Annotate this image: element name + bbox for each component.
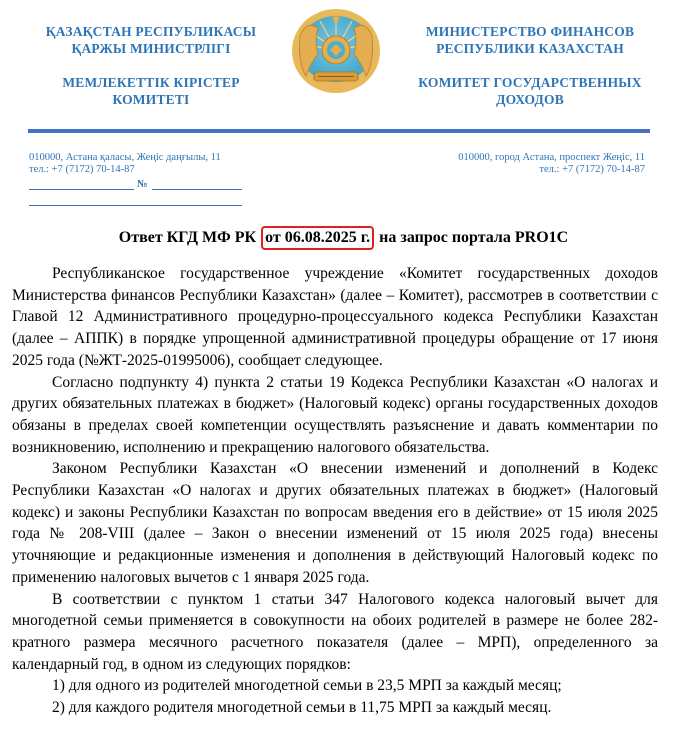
list-item: 1) для одного из родителей многодетной с… <box>12 675 658 697</box>
address-line: 010000, город Астана, проспект Жеңіс, 11 <box>458 152 645 164</box>
title-prefix: Ответ КГД МФ РК <box>119 229 260 246</box>
paragraph: Республиканское государственное учрежден… <box>12 263 658 372</box>
phone-line: тел.: +7 (7172) 70-14-87 <box>458 164 645 176</box>
registration-blank-line <box>29 205 242 206</box>
letterhead-left: ҚАЗАҚСТАН РЕСПУБЛИКАСЫ ҚАРЖЫ МИНИСТРЛІГІ… <box>20 23 282 108</box>
phone-line: тел.: +7 (7172) 70-14-87 <box>29 164 221 176</box>
committee-name-russian: КОМИТЕТ ГОСУДАРСТВЕННЫХ ДОХОДОВ <box>400 74 660 108</box>
ministry-name-russian: МИНИСТЕРСТВО ФИНАНСОВ РЕСПУБЛИКИ КАЗАХСТ… <box>400 23 660 57</box>
date-blank <box>29 179 134 190</box>
number-blank <box>152 179 242 190</box>
paragraph: Законом Республики Казахстан «О внесении… <box>12 458 658 588</box>
letterhead-right: МИНИСТЕРСТВО ФИНАНСОВ РЕСПУБЛИКИ КАЗАХСТ… <box>400 23 660 108</box>
address-kazakh: 010000, Астана қаласы, Жеңіс даңғылы, 11… <box>29 152 221 176</box>
title-suffix: на запрос портала PRO1C <box>375 229 568 246</box>
state-emblem-icon <box>280 6 392 96</box>
ministry-name-kazakh: ҚАЗАҚСТАН РЕСПУБЛИКАСЫ ҚАРЖЫ МИНИСТРЛІГІ <box>20 23 282 57</box>
number-sign: № <box>137 180 148 190</box>
document-title: Ответ КГД МФ РК от 06.08.2025 г. на запр… <box>0 228 687 248</box>
address-russian: 010000, город Астана, проспект Жеңіс, 11… <box>458 152 645 176</box>
paragraph: В соответствии с пунктом 1 статьи 347 На… <box>12 589 658 676</box>
title-date-highlight: от 06.08.2025 г. <box>261 226 374 250</box>
list-item: 2) для каждого родителя многодетной семь… <box>12 697 658 719</box>
document-body: Республиканское государственное учрежден… <box>12 263 658 719</box>
registration-number-line: № <box>29 178 242 190</box>
letterhead-divider <box>28 129 650 133</box>
committee-name-kazakh: МЕМЛЕКЕТТІК КІРІСТЕР КОМИТЕТІ <box>20 74 282 108</box>
paragraph: Согласно подпункту 4) пункта 2 статьи 19… <box>12 372 658 459</box>
address-line: 010000, Астана қаласы, Жеңіс даңғылы, 11 <box>29 152 221 164</box>
